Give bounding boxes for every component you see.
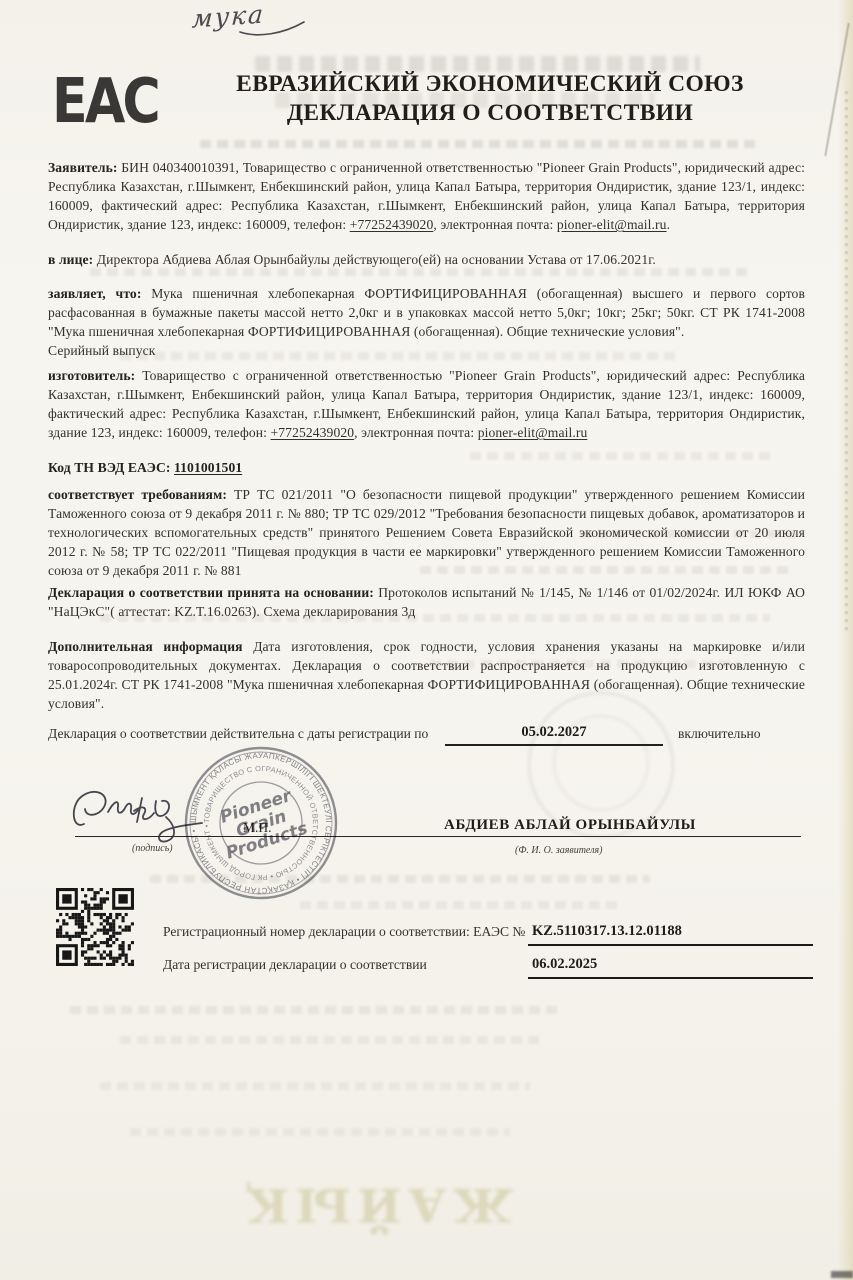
applicant-name: АБДИЕВ АБЛАЙ ОРЫНБАЙУЛЫ — [420, 817, 720, 834]
paragraph-tnved-code: Код ТН ВЭД ЕАЭС: 1101001501 — [48, 458, 805, 477]
qr-code — [56, 888, 134, 966]
validity-date: 05.02.2027 — [445, 724, 663, 746]
ghost-text-bar — [90, 268, 750, 276]
registration-date-value: 06.02.2025 — [532, 956, 597, 972]
paragraph-declares-that: заявляет, что: Мука пшеничная хлебопекар… — [48, 284, 805, 360]
registration-number-field: KZ.5110317.13.12.01188 — [528, 922, 813, 946]
ghost-text-bar — [200, 140, 760, 148]
ghost-text-bar — [130, 1128, 510, 1136]
company-stamp: ШЫМКЕНТ ҚАЛАСЫ ЖАУАПКЕРШІЛІГІ ШЕКТЕУЛІ С… — [182, 744, 340, 902]
paragraph-represented-by: в лице: Директора Абдиева Аблая Орынбайу… — [48, 250, 805, 269]
title-line-union: ЕВРАЗИЙСКИЙ ЭКОНОМИЧЕСКИЙ СОЮЗ — [160, 70, 820, 99]
name-caption: (Ф. И. О. заявителя) — [515, 845, 602, 856]
validity-suffix: включительно — [678, 726, 761, 742]
paragraph-adopted-basis: Декларация о соответствии принята на осн… — [48, 583, 805, 621]
validity-prefix: Декларация о соответствии действительна … — [48, 726, 428, 742]
registration-date-field: 06.02.2025 — [528, 955, 813, 979]
handwritten-flourish — [238, 18, 308, 40]
scan-corner-mark — [831, 1271, 853, 1278]
paragraph-complies-with: соответствует требованиям: ТР ТС 021/201… — [48, 485, 805, 580]
ghost-text-bar — [120, 1036, 540, 1044]
paragraph-applicant: Заявитель: БИН 040340010391, Товариществ… — [48, 158, 805, 234]
registration-number-label: Регистрационный номер декларации о соотв… — [163, 924, 525, 940]
ghost-text-bar — [70, 1006, 560, 1014]
paragraph-additional-info: Дополнительная информация Дата изготовле… — [48, 637, 805, 713]
signature-caption: (подпись) — [132, 843, 173, 854]
paragraph-manufacturer: изготовитель: Товарищество с ограниченно… — [48, 366, 805, 442]
document-title: ЕВРАЗИЙСКИЙ ЭКОНОМИЧЕСКИЙ СОЮЗ ДЕКЛАРАЦИ… — [160, 70, 820, 128]
eac-mark-logo: ЕАС — [52, 58, 147, 143]
registration-number-value: KZ.5110317.13.12.01188 — [532, 923, 682, 939]
scanned-declaration-page: ЖАЙЫҚ мука ЕАС ЕВРАЗИЙСКИЙ ЭКОНОМИЧЕСКИЙ… — [0, 0, 853, 1280]
registration-date-label: Дата регистрации декларации о соответств… — [163, 957, 427, 973]
bleedthrough-watermark: ЖАЙЫҚ — [238, 1178, 513, 1232]
scan-edge-ticks — [845, 90, 848, 630]
title-line-declaration: ДЕКЛАРАЦИЯ О СООТВЕТСТВИИ — [160, 99, 820, 128]
ghost-text-bar — [100, 1082, 530, 1090]
ghost-text-bar — [300, 901, 620, 909]
